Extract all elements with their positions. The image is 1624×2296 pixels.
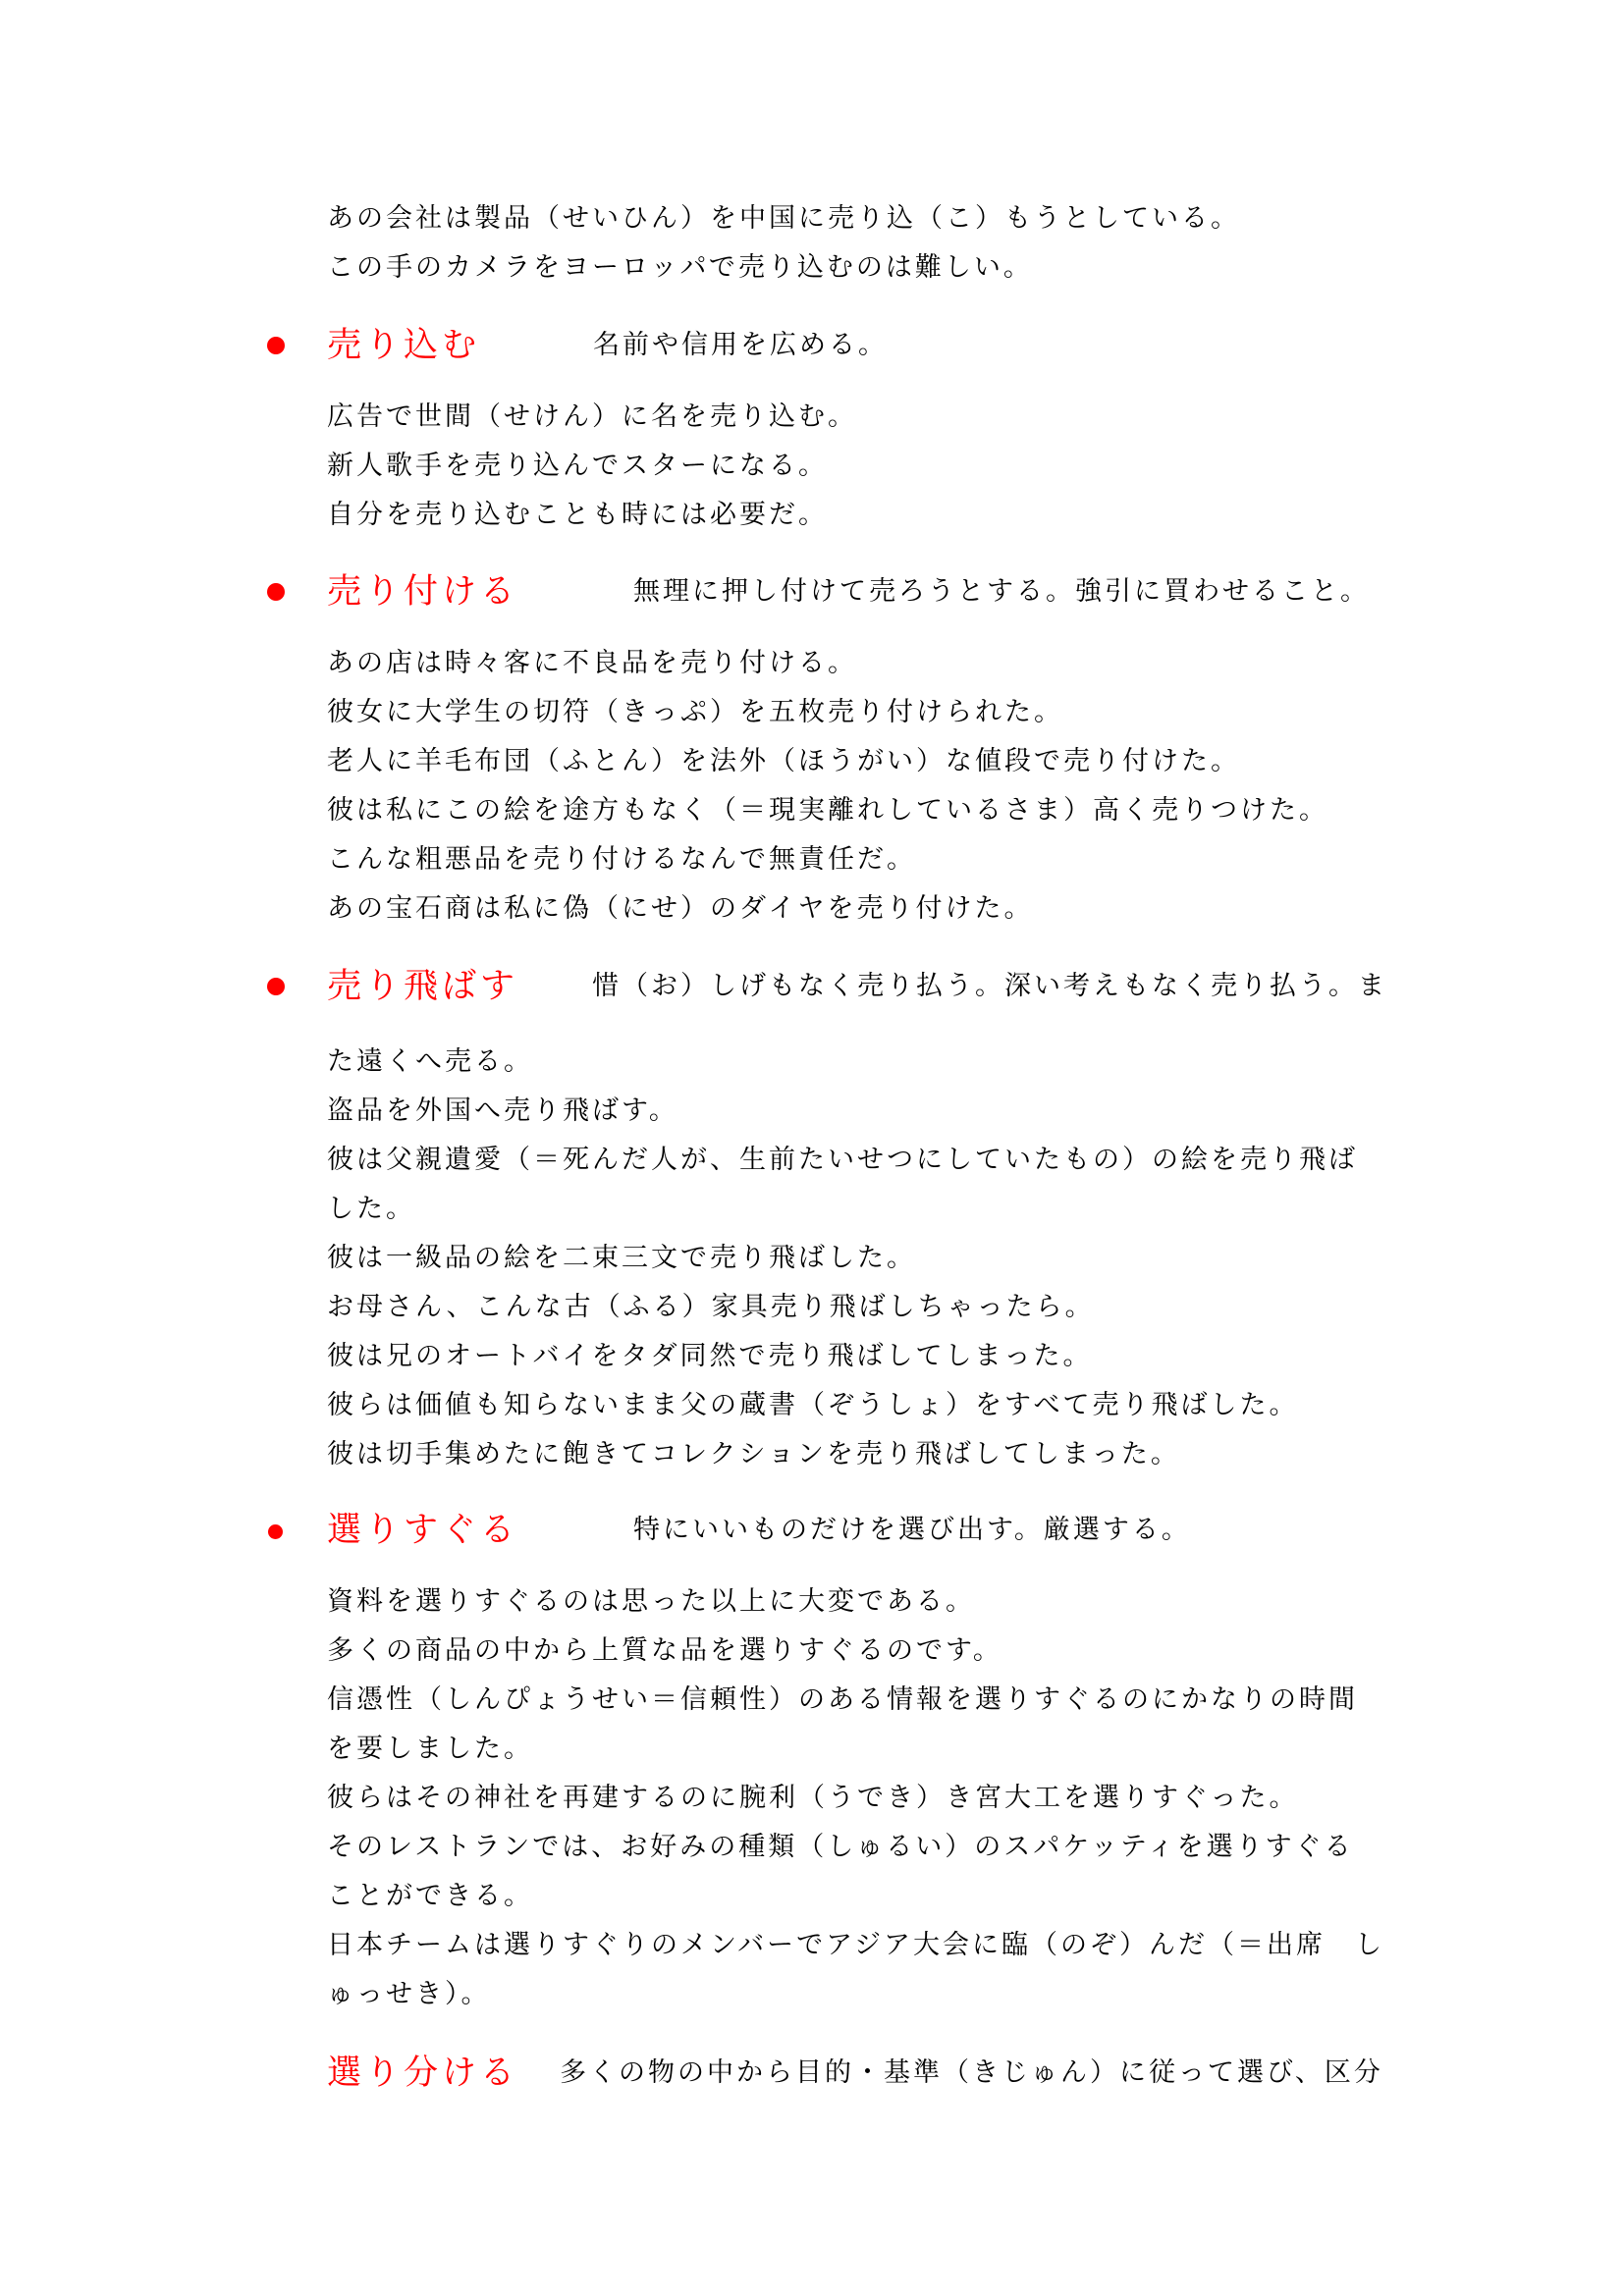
example-sentence: 日本チームは選りすぐりのメンバーでアジア大会に臨（のぞ）んだ（＝出席 し <box>327 1926 1384 1965</box>
vocab-entry-urikomu: 売り込む 名前や信用を広める。 <box>0 321 1624 370</box>
entry-definition: 惜（お）しげもなく売り払う。深い考えもなく売り払う。ま <box>592 962 1387 1011</box>
vocab-entry-uritobasu: 売り飛ばす 惜（お）しげもなく売り払う。深い考えもなく売り払う。ま <box>0 962 1624 1011</box>
example-sentence: あの店は時々客に不良品を売り付ける。 <box>327 644 857 683</box>
example-sentence: 彼は父親遺愛（＝死んだ人が、生前たいせつにしていたもの）の絵を売り飛ば <box>327 1141 1358 1180</box>
example-sentence: あの宝石商は私に偽（にせ）のダイヤを売り付けた。 <box>327 889 1033 929</box>
example-sentence: お母さん、こんな古（ふる）家具売り飛ばしちゃったら。 <box>327 1288 1095 1327</box>
example-sentence: 彼女に大学生の切符（きっぷ）を五枚売り付けられた。 <box>327 693 1063 732</box>
example-sentence: こんな粗悪品を売り付けるなんで無責任だ。 <box>327 840 916 880</box>
entry-definition: 多くの物の中から目的・基準（きじゅん）に従って選び、区分 <box>560 2049 1383 2098</box>
example-sentence: あの会社は製品（せいひん）を中国に売り込（こ）もうとしている。 <box>327 199 1240 239</box>
example-sentence: ことができる。 <box>327 1877 533 1916</box>
example-sentence: 彼は私にこの絵を途方もなく（＝現実離れしているさま）高く売りつけた。 <box>327 791 1328 830</box>
example-sentence: ゅっせき）。 <box>327 1975 491 2014</box>
entry-term: 選り分ける <box>327 2049 518 2098</box>
example-sentence: この手のカメラをヨーロッパで売り込むのは難しい。 <box>327 248 1033 288</box>
entry-term: 売り付ける <box>327 567 518 616</box>
vocab-entry-uritsukeru: 売り付ける 無理に押し付けて売ろうとする。強引に買わせること。 <box>0 567 1624 616</box>
entry-term: 売り飛ばす <box>327 962 518 1011</box>
example-sentence: 多くの商品の中から上質な品を選りすぐるのです。 <box>327 1631 1002 1671</box>
example-sentence: 自分を売り込むことも時には必要だ。 <box>327 496 828 535</box>
entry-definition: 無理に押し付けて売ろうとする。強引に買わせること。 <box>633 567 1370 616</box>
example-sentence: 広告で世間（せけん）に名を売り込む。 <box>327 398 857 437</box>
definition-continuation: た遠くへ売る。 <box>327 1042 533 1082</box>
entry-term: 選りすぐる <box>327 1506 518 1555</box>
bullet-icon <box>268 1524 283 1539</box>
example-sentence: 盗品を外国へ売り飛ばす。 <box>327 1092 678 1131</box>
example-sentence: 信憑性（しんぴょうせい＝信頼性）のある情報を選りすぐるのにかなりの時間 <box>327 1681 1358 1720</box>
bullet-icon <box>267 337 285 354</box>
example-sentence: 彼は切手集めたに飽きてコレクションを売り飛ばしてしまった。 <box>327 1435 1180 1474</box>
bullet-icon <box>267 583 285 601</box>
vocab-entry-yorisuguru: 選りすぐる 特にいいものだけを選び出す。厳選する。 <box>0 1506 1624 1555</box>
entry-term: 売り込む <box>327 321 480 370</box>
entry-definition: 名前や信用を広める。 <box>593 321 888 370</box>
vocab-entry-yoriwakeru: 選り分ける 多くの物の中から目的・基準（きじゅん）に従って選び、区分 <box>0 2049 1624 2098</box>
example-sentence: 老人に羊毛布団（ふとん）を法外（ほうがい）な値段で売り付けた。 <box>327 742 1240 781</box>
example-sentence: 彼らはその神社を再建するのに腕利（うでき）き宮大工を選りすぐった。 <box>327 1779 1298 1818</box>
example-sentence: 新人歌手を売り込んでスターになる。 <box>327 447 828 486</box>
example-sentence: 資料を選りすぐるのは思った以上に大変である。 <box>327 1582 975 1622</box>
example-sentence: 彼は兄のオートバイをタダ同然で売り飛ばしてしまった。 <box>327 1337 1092 1376</box>
entry-definition: 特にいいものだけを選び出す。厳選する。 <box>633 1506 1191 1555</box>
example-sentence: 彼らは価値も知らないまま父の蔵書（ぞうしょ）をすべて売り飛ばした。 <box>327 1386 1298 1425</box>
bullet-icon <box>267 978 285 995</box>
example-sentence: そのレストランでは、お好みの種類（しゅるい）のスパケッティを選りすぐる <box>327 1828 1354 1867</box>
example-sentence: を要しました。 <box>327 1730 533 1769</box>
example-sentence: 彼は一級品の絵を二束三文で売り飛ばした。 <box>327 1239 916 1278</box>
example-sentence: した。 <box>327 1190 415 1229</box>
